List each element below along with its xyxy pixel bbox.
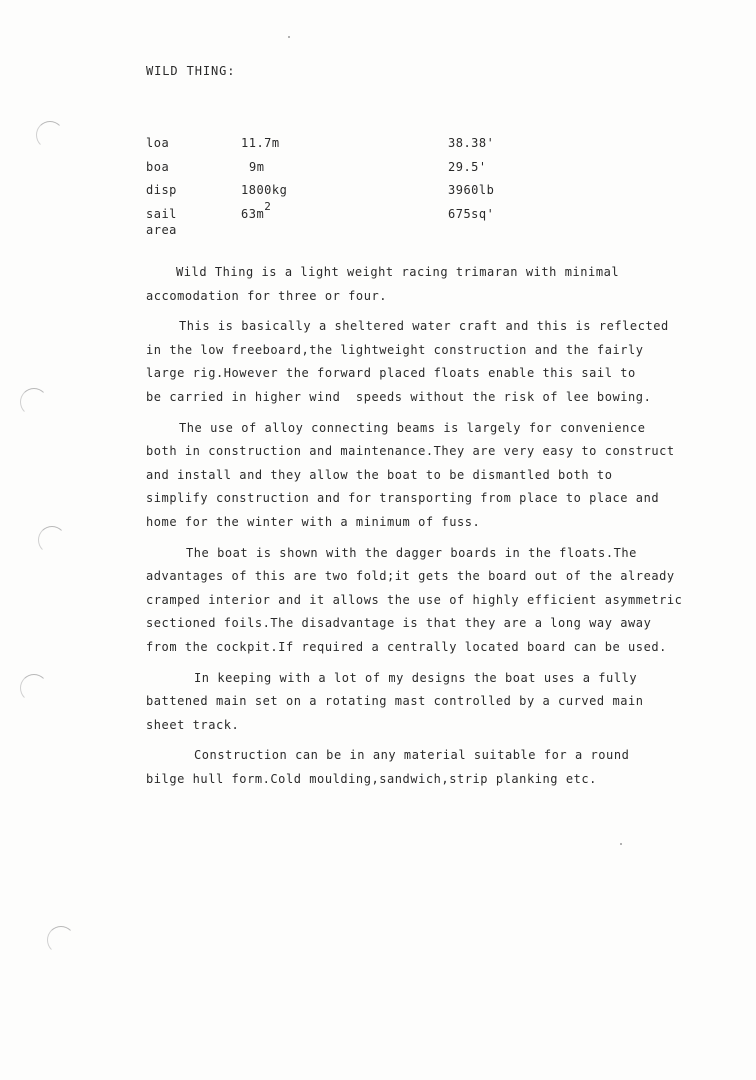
text-line: bilge hull form.Cold moulding,sandwich,s… bbox=[146, 768, 736, 792]
spec-metric-value: 63m2 bbox=[241, 206, 271, 222]
body-text: Wild Thing is a light weight racing trim… bbox=[146, 261, 736, 798]
punch-hole-mark bbox=[38, 526, 66, 554]
text-line: The use of alloy connecting beams is lar… bbox=[146, 417, 736, 441]
spec-label: disp bbox=[146, 182, 177, 198]
text-line: advantages of this are two fold;it gets … bbox=[146, 565, 736, 589]
text-line: home for the winter with a minimum of fu… bbox=[146, 511, 736, 535]
spec-imperial-value: 38.38' bbox=[448, 135, 494, 151]
paragraph: This is basically a sheltered water craf… bbox=[146, 315, 736, 409]
text-line: and install and they allow the boat to b… bbox=[146, 464, 736, 488]
paragraph: In keeping with a lot of my designs the … bbox=[146, 667, 736, 738]
punch-hole-mark bbox=[20, 388, 48, 416]
text-line: Wild Thing is a light weight racing trim… bbox=[146, 261, 736, 285]
spec-imperial-value: 29.5' bbox=[448, 159, 487, 175]
text-line: battened main set on a rotating mast con… bbox=[146, 690, 736, 714]
text-line: This is basically a sheltered water craf… bbox=[146, 315, 736, 339]
text-line: cramped interior and it allows the use o… bbox=[146, 589, 736, 613]
punch-hole-mark bbox=[36, 121, 64, 149]
text-line: The boat is shown with the dagger boards… bbox=[146, 542, 736, 566]
paragraph: Construction can be in any material suit… bbox=[146, 744, 736, 791]
spec-metric-value: 11.7m bbox=[241, 135, 280, 151]
text-line: Construction can be in any material suit… bbox=[146, 744, 736, 768]
paragraph: The use of alloy connecting beams is lar… bbox=[146, 417, 736, 535]
text-line: be carried in higher wind speeds without… bbox=[146, 386, 736, 410]
spec-metric-superscript: 2 bbox=[264, 200, 271, 213]
text-line: sectioned foils.The disadvantage is that… bbox=[146, 612, 736, 636]
spec-imperial-value: 675sq' bbox=[448, 206, 494, 222]
text-line: sheet track. bbox=[146, 714, 736, 738]
punch-hole-mark bbox=[20, 674, 48, 702]
text-line: from the cockpit.If required a centrally… bbox=[146, 636, 736, 660]
spec-metric-value: 9m bbox=[249, 159, 264, 175]
text-line: simplify construction and for transporti… bbox=[146, 487, 736, 511]
paper-speck bbox=[288, 36, 290, 38]
spec-metric-number: 63m bbox=[241, 207, 264, 221]
text-line: accomodation for three or four. bbox=[146, 285, 736, 309]
text-line: In keeping with a lot of my designs the … bbox=[146, 667, 736, 691]
spec-metric-value: 1800kg bbox=[241, 182, 287, 198]
paper-speck bbox=[620, 843, 622, 845]
spec-label: sail area bbox=[146, 206, 177, 238]
paragraph: The boat is shown with the dagger boards… bbox=[146, 542, 736, 660]
text-line: large rig.However the forward placed flo… bbox=[146, 362, 736, 386]
spec-label: boa bbox=[146, 159, 169, 175]
spec-label: loa bbox=[146, 135, 169, 151]
paragraph: Wild Thing is a light weight racing trim… bbox=[146, 261, 736, 308]
spec-imperial-value: 3960lb bbox=[448, 182, 494, 198]
document-page: WILD THING: loa 11.7m 38.38' boa 9m 29.5… bbox=[0, 0, 756, 1080]
punch-hole-mark bbox=[47, 926, 75, 954]
document-title: WILD THING: bbox=[146, 64, 235, 78]
text-line: both in construction and maintenance.The… bbox=[146, 440, 736, 464]
text-line: in the low freeboard,the lightweight con… bbox=[146, 339, 736, 363]
